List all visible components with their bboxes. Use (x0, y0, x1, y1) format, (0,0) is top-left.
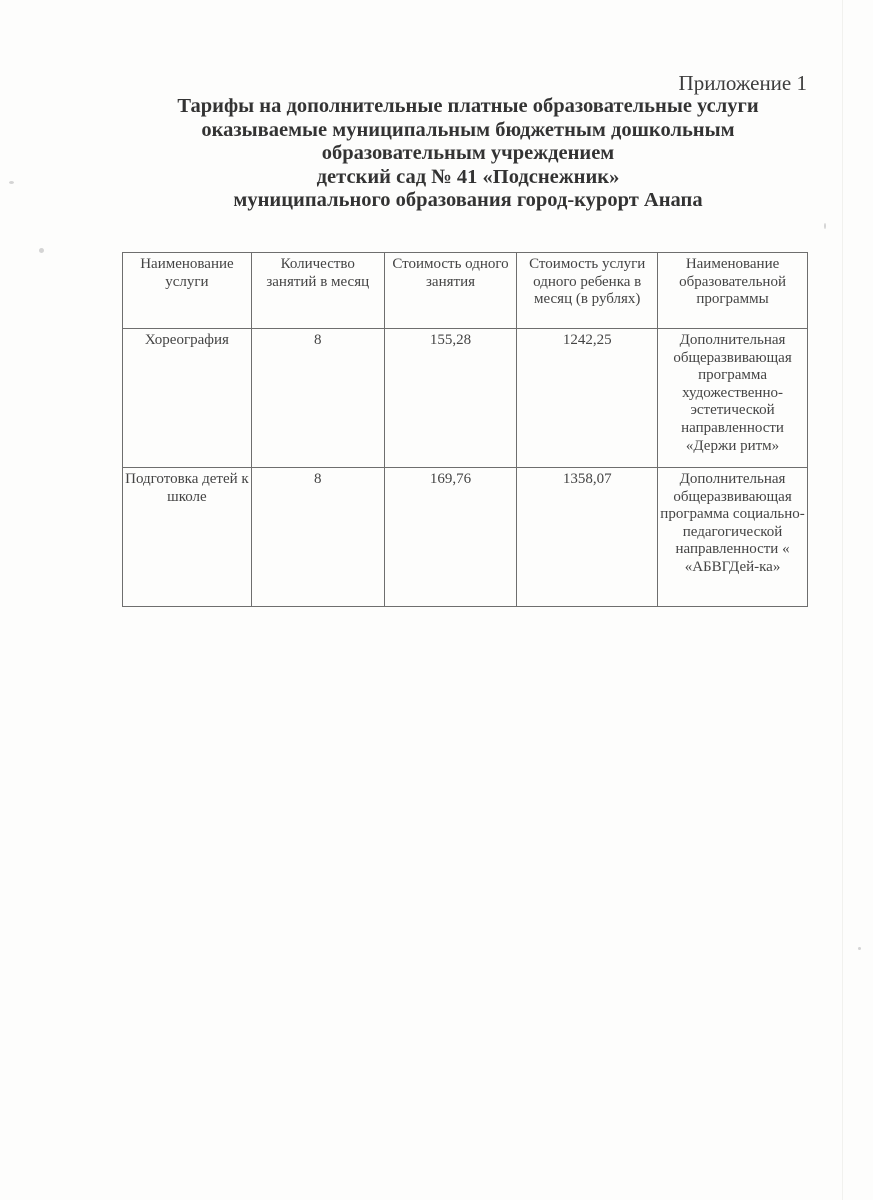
title-line: детский сад № 41 «Подснежник» (118, 166, 818, 190)
header-program-name: Наименование образовательной программы (658, 253, 808, 329)
title-line: образовательным учреждением (118, 142, 818, 166)
cell-cost-per-month: 1242,25 (517, 329, 658, 468)
title-line: муниципального образования город-курорт … (118, 189, 818, 213)
cell-service: Подготовка детей к школе (123, 468, 252, 607)
table-row: Подготовка детей к школе 8 169,76 1358,0… (123, 468, 808, 607)
header-cost-per-month: Стоимость услуги одного ребенка в месяц … (517, 253, 658, 329)
table-header-row: Наименование услуги Количество занятий в… (123, 253, 808, 329)
header-cost-per-lesson: Стоимость одного занятия (384, 253, 517, 329)
cell-cost-per-lesson: 155,28 (384, 329, 517, 468)
table-row: Хореография 8 155,28 1242,25 Дополнитель… (123, 329, 808, 468)
scan-speck (9, 181, 14, 184)
header-service-name: Наименование услуги (123, 253, 252, 329)
cell-cost-per-month: 1358,07 (517, 468, 658, 607)
scan-edge-line (842, 0, 843, 1200)
scan-speck (824, 223, 826, 229)
document-title: Тарифы на дополнительные платные образов… (118, 95, 818, 213)
tariffs-table: Наименование услуги Количество занятий в… (122, 252, 808, 607)
cell-service: Хореография (123, 329, 252, 468)
cell-cost-per-lesson: 169,76 (384, 468, 517, 607)
cell-program: Дополнительная общеразвивающая программа… (658, 468, 808, 607)
header-lessons-per-month: Количество занятий в месяц (251, 253, 384, 329)
cell-lessons: 8 (251, 329, 384, 468)
scan-speck (39, 248, 44, 253)
appendix-label: Приложение 1 (679, 71, 807, 96)
scan-speck (858, 947, 861, 950)
title-line: Тарифы на дополнительные платные образов… (118, 95, 818, 119)
cell-program: Дополнительная общеразвивающая программа… (658, 329, 808, 468)
cell-lessons: 8 (251, 468, 384, 607)
title-line: оказываемые муниципальным бюджетным дошк… (118, 119, 818, 143)
